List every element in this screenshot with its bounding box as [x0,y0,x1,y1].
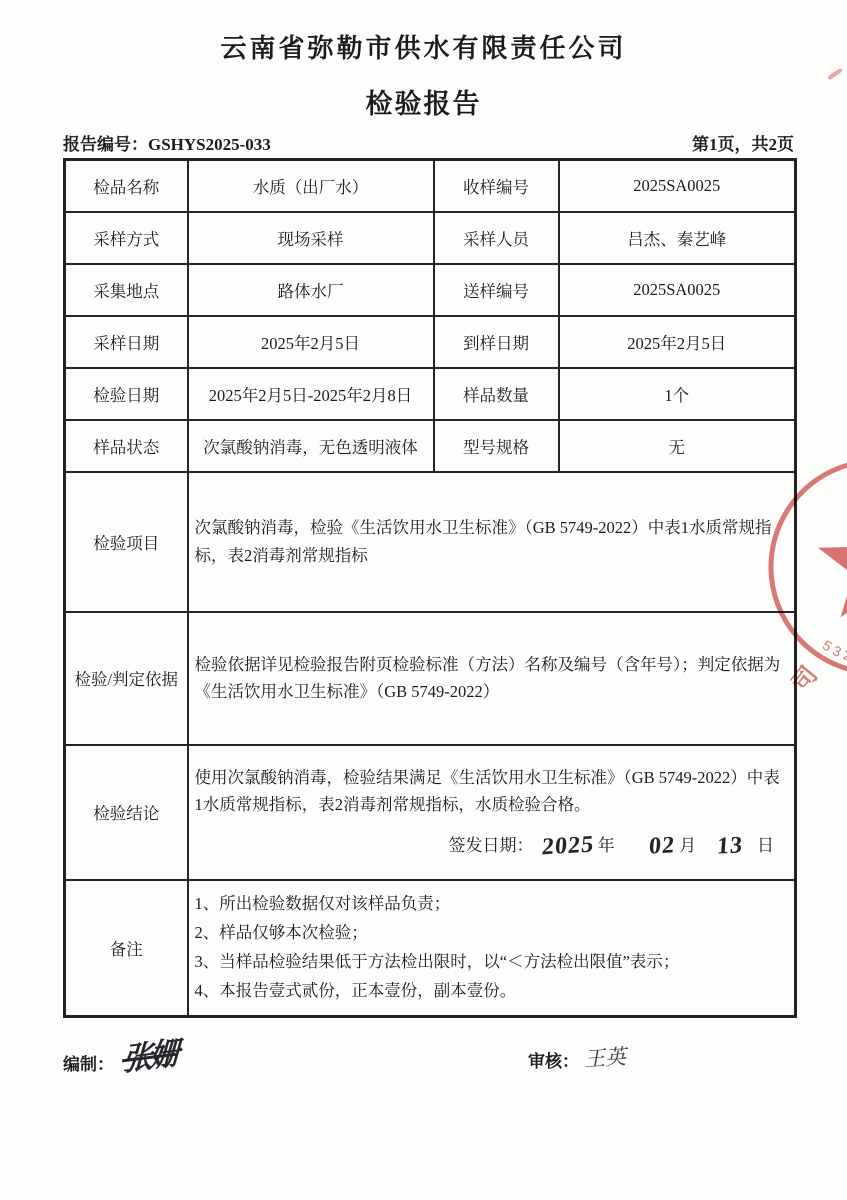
remark-line: 3、当样品检验结果低于方法检出限时，以“＜方法检出限值”表示； [195,948,789,977]
inspection-report-page: 云南省弥勒市供水有限责任公司 检验报告 报告编号：GSHYS2025-033 第… [0,0,847,1200]
cell-value: 次氯酸钠消毒，无色透明液体 [188,420,434,472]
issue-date-month-handwritten: 02 [648,834,676,859]
cell-label: 采样方式 [65,212,188,264]
cell-value: 2025年2月5日 [188,316,434,368]
month-unit: 月 [679,836,696,855]
seal-ring [771,461,847,673]
cell-value: 1个 [559,368,796,420]
table-row: 采集地点 路体水厂 送样编号 2025SA0025 [65,264,796,316]
report-number-label: 报告编号： [63,135,148,154]
remarks-cell: 1、所出检验数据仅对该样品负责； 2、样品仅够本次检验； 3、当样品检验结果低于… [188,880,796,1017]
report-meta: 报告编号：GSHYS2025-033 第1页，共2页 [63,130,794,155]
reviewed-by-signature: 王英 [583,1047,626,1071]
cell-label: 检验/判定依据 [65,612,188,745]
cell-label: 型号规格 [434,420,559,472]
remark-line: 2、样品仅够本次检验； [195,919,789,948]
conclusion-cell: 使用次氯酸钠消毒，检验结果满足《生活饮用水卫生标准》（GB 5749-2022）… [188,745,796,880]
page-indicator: 第1页，共2页 [692,130,794,155]
inspection-items-text: 次氯酸钠消毒，检验《生活饮用水卫生标准》（GB 5749-2022）中表1水质常… [188,472,796,612]
cell-label: 检品名称 [65,160,188,212]
issue-date-day-handwritten: 13 [716,834,744,859]
cell-label: 备注 [65,880,188,1017]
cell-label: 样品状态 [65,420,188,472]
day-unit: 日 [757,836,774,855]
cell-label: 到样日期 [434,316,559,368]
report-number: 报告编号：GSHYS2025-033 [63,130,271,155]
prepared-by-label: 编制： [63,1055,114,1074]
report-number-value: GSHYS2025-033 [148,135,271,154]
issue-date-line: 签发日期： 2025年 02月 13 日 [195,832,789,860]
cell-label: 样品数量 [434,368,559,420]
report-title: 检验报告 [0,82,847,121]
cell-label: 收样编号 [434,160,559,212]
company-seal-stamp: 云南省弥勒市供水有限责任公司 5325000000 [757,447,847,687]
table-row: 采样日期 2025年2月5日 到样日期 2025年2月5日 [65,316,796,368]
cell-label: 检验日期 [65,368,188,420]
table-row: 检品名称 水质（出厂水） 收样编号 2025SA0025 [65,160,796,212]
issue-date-year-handwritten: 2025 [541,833,595,860]
cell-value: 2025年2月5日-2025年2月8日 [188,368,434,420]
judgement-basis-text: 检验依据详见检验报告附页检验标准（方法）名称及编号（含年号）；判定依据为《生活饮… [188,612,796,745]
cell-value: 2025SA0025 [559,264,796,316]
cell-value: 吕杰、秦艺峰 [559,212,796,264]
company-title: 云南省弥勒市供水有限责任公司 [0,28,847,65]
inspection-items-row: 检验项目 次氯酸钠消毒，检验《生活饮用水卫生标准》（GB 5749-2022）中… [65,472,796,612]
cell-label: 采集地点 [65,264,188,316]
star-icon [818,505,847,617]
signature-footer: 编制：张姗 审核：王英 [63,1044,794,1075]
issue-date-label: 签发日期： [449,836,534,855]
reviewed-by-label: 审核： [528,1052,579,1071]
table-row: 样品状态 次氯酸钠消毒，无色透明液体 型号规格 无 [65,420,796,472]
remark-line: 1、所出检验数据仅对该样品负责； [195,890,789,919]
prepared-by: 编制：张姗 [63,1044,176,1075]
report-table: 检品名称 水质（出厂水） 收样编号 2025SA0025 采样方式 现场采样 采… [63,158,797,1018]
cell-label: 送样编号 [434,264,559,316]
table-row: 采样方式 现场采样 采样人员 吕杰、秦艺峰 [65,212,796,264]
year-unit: 年 [598,836,615,855]
red-ink-mark [827,68,842,80]
table-row: 检验日期 2025年2月5日-2025年2月8日 样品数量 1个 [65,368,796,420]
cell-label: 采样人员 [434,212,559,264]
cell-value: 2025年2月5日 [559,316,796,368]
judgement-basis-row: 检验/判定依据 检验依据详见检验报告附页检验标准（方法）名称及编号（含年号）；判… [65,612,796,745]
remark-line: 4、本报告壹式贰份，正本壹份，副本壹份。 [195,977,789,1006]
cell-label: 采样日期 [65,316,188,368]
cell-value: 路体水厂 [188,264,434,316]
cell-value: 2025SA0025 [559,160,796,212]
cell-label: 检验项目 [65,472,188,612]
reviewed-by: 审核：王英 [528,1047,626,1072]
cell-value: 现场采样 [188,212,434,264]
conclusion-text: 使用次氯酸钠消毒，检验结果满足《生活饮用水卫生标准》（GB 5749-2022）… [195,764,789,818]
cell-label: 检验结论 [65,745,188,880]
conclusion-row: 检验结论 使用次氯酸钠消毒，检验结果满足《生活饮用水卫生标准》（GB 5749-… [65,745,796,880]
prepared-by-signature: 张姗 [121,1037,176,1075]
remarks-row: 备注 1、所出检验数据仅对该样品负责； 2、样品仅够本次检验； 3、当样品检验结… [65,880,796,1017]
cell-value: 水质（出厂水） [188,160,434,212]
